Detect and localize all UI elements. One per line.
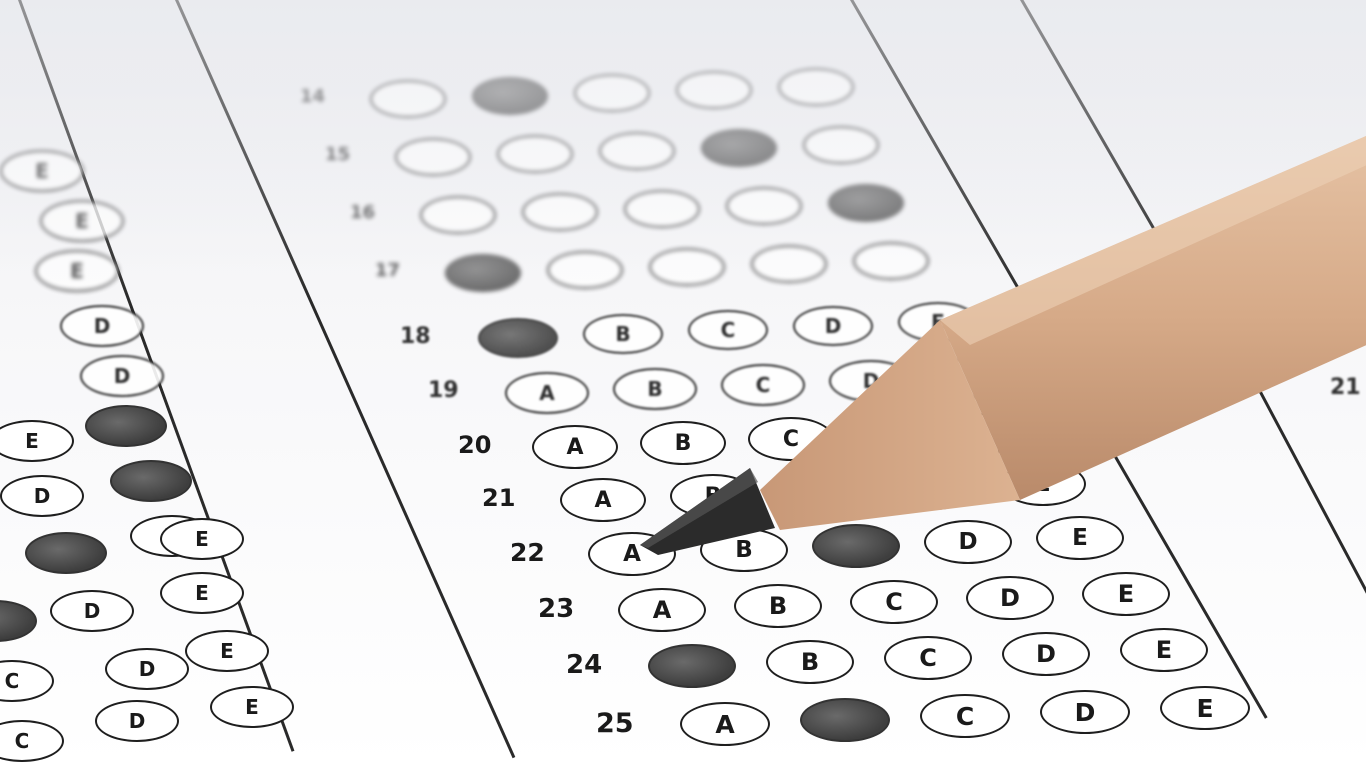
- answer-bubble-19-d[interactable]: D: [829, 360, 913, 402]
- answer-bubble-25-c[interactable]: C: [920, 694, 1010, 738]
- answer-bubble-24-b[interactable]: B: [766, 640, 854, 684]
- answer-bubble-left[interactable]: D: [80, 355, 164, 397]
- answer-bubble-18-e[interactable]: E: [898, 302, 978, 342]
- answer-bubble-25-d[interactable]: D: [1040, 690, 1130, 734]
- question-number: 17: [375, 260, 400, 281]
- answer-bubble-22-d[interactable]: D: [924, 520, 1012, 564]
- answer-bubble-left[interactable]: E: [160, 518, 244, 560]
- column-divider-4: [1020, 0, 1223, 346]
- question-number: 15: [325, 144, 350, 165]
- answer-bubble-19-c[interactable]: C: [721, 364, 805, 406]
- answer-bubble[interactable]: [472, 77, 548, 115]
- answer-bubble-18-c[interactable]: C: [688, 310, 768, 350]
- answer-bubble-left[interactable]: D: [105, 648, 189, 690]
- question-number: 20: [458, 431, 491, 459]
- answer-bubble-21-b[interactable]: B: [670, 474, 756, 518]
- answer-sheet-photo: EEEDDEDDDCCEEEEDD 18ABCDE19ABCDE20ABCDE2…: [0, 0, 1366, 768]
- answer-bubble[interactable]: [649, 248, 725, 286]
- question-number: 21: [482, 484, 515, 512]
- filled-bubble-left[interactable]: [110, 460, 192, 502]
- answer-bubble[interactable]: [624, 190, 700, 228]
- question-number: 19: [428, 378, 459, 403]
- answer-bubble-18-a[interactable]: A: [478, 318, 558, 358]
- answer-bubble-21-c[interactable]: C: [780, 470, 866, 514]
- answer-bubble[interactable]: [370, 80, 446, 118]
- answer-bubble[interactable]: [751, 245, 827, 283]
- answer-bubble-22-e[interactable]: E: [1036, 516, 1124, 560]
- answer-bubble[interactable]: [497, 135, 573, 173]
- answer-bubble-22-c[interactable]: C: [812, 524, 900, 568]
- answer-bubble-left[interactable]: D: [50, 590, 134, 632]
- answer-bubble-20-a[interactable]: A: [532, 425, 618, 469]
- answer-bubble[interactable]: [853, 242, 929, 280]
- answer-bubble-left[interactable]: D: [60, 305, 144, 347]
- answer-bubble-21-d[interactable]: D: [890, 466, 976, 510]
- answer-bubble-24-a[interactable]: A: [648, 644, 736, 688]
- answer-bubble-left[interactable]: E: [210, 686, 294, 728]
- answer-bubble-left[interactable]: E: [160, 572, 244, 614]
- answer-bubble-23-d[interactable]: D: [966, 576, 1054, 620]
- answer-bubble-25-e[interactable]: E: [1160, 686, 1250, 730]
- answer-bubble[interactable]: [574, 74, 650, 112]
- answer-bubble-24-d[interactable]: D: [1002, 632, 1090, 676]
- question-number: 22: [510, 538, 545, 567]
- answer-bubble-left[interactable]: C: [0, 720, 64, 762]
- answer-bubble[interactable]: [599, 132, 675, 170]
- answer-bubble-23-a[interactable]: A: [618, 588, 706, 632]
- answer-bubble[interactable]: [828, 184, 904, 222]
- answer-bubble-24-c[interactable]: C: [884, 636, 972, 680]
- answer-bubble[interactable]: [395, 138, 471, 176]
- answer-bubble-19-a[interactable]: A: [505, 372, 589, 414]
- answer-bubble-18-b[interactable]: B: [583, 314, 663, 354]
- question-number: 23: [538, 594, 574, 624]
- answer-bubble-21-e[interactable]: E: [1000, 462, 1086, 506]
- answer-bubble[interactable]: [701, 129, 777, 167]
- answer-bubble[interactable]: [547, 251, 623, 289]
- answer-bubble-23-e[interactable]: E: [1082, 572, 1170, 616]
- answer-bubble-19-b[interactable]: B: [613, 368, 697, 410]
- answer-bubble-25-b[interactable]: B: [800, 698, 890, 742]
- question-number: 16: [350, 202, 375, 223]
- answer-bubble[interactable]: [420, 196, 496, 234]
- answer-bubble-23-c[interactable]: C: [850, 580, 938, 624]
- question-number: 14: [300, 86, 325, 107]
- question-number: 25: [596, 708, 634, 739]
- filled-bubble-left[interactable]: [25, 532, 107, 574]
- answer-bubble[interactable]: [803, 126, 879, 164]
- answer-bubble-20-e[interactable]: E: [964, 409, 1050, 453]
- answer-bubble-21-a[interactable]: A: [560, 478, 646, 522]
- answer-bubble-20-b[interactable]: B: [640, 421, 726, 465]
- answer-bubble-left[interactable]: E: [0, 150, 84, 192]
- answer-bubble-19-e[interactable]: E: [937, 356, 1021, 398]
- answer-bubble-20-c[interactable]: C: [748, 417, 834, 461]
- answer-bubble-left[interactable]: D: [0, 475, 84, 517]
- answer-bubble-20-d[interactable]: D: [856, 413, 942, 457]
- answer-bubble-18-d[interactable]: D: [793, 306, 873, 346]
- answer-bubble-24-e[interactable]: E: [1120, 628, 1208, 672]
- answer-bubble-left[interactable]: D: [95, 700, 179, 742]
- answer-bubble[interactable]: [676, 71, 752, 109]
- answer-bubble[interactable]: [726, 187, 802, 225]
- column-divider-5: [1255, 384, 1366, 756]
- answer-bubble-left[interactable]: E: [35, 250, 119, 292]
- answer-bubble-left[interactable]: E: [185, 630, 269, 672]
- filled-bubble-left[interactable]: [0, 600, 37, 642]
- answer-bubble[interactable]: [778, 68, 854, 106]
- answer-bubble-22-b[interactable]: B: [700, 528, 788, 572]
- filled-bubble-left[interactable]: [85, 405, 167, 447]
- answer-bubble-left[interactable]: C: [0, 660, 54, 702]
- answer-bubble[interactable]: [522, 193, 598, 231]
- answer-bubble-left[interactable]: E: [0, 420, 74, 462]
- answer-bubble[interactable]: [445, 254, 521, 292]
- question-number: 18: [400, 324, 431, 349]
- answer-bubble-23-b[interactable]: B: [734, 584, 822, 628]
- question-number: 24: [566, 650, 602, 680]
- answer-bubble-25-a[interactable]: A: [680, 702, 770, 746]
- question-number: 21: [1330, 375, 1361, 400]
- answer-bubble-22-a[interactable]: A: [588, 532, 676, 576]
- answer-bubble-left[interactable]: E: [40, 200, 124, 242]
